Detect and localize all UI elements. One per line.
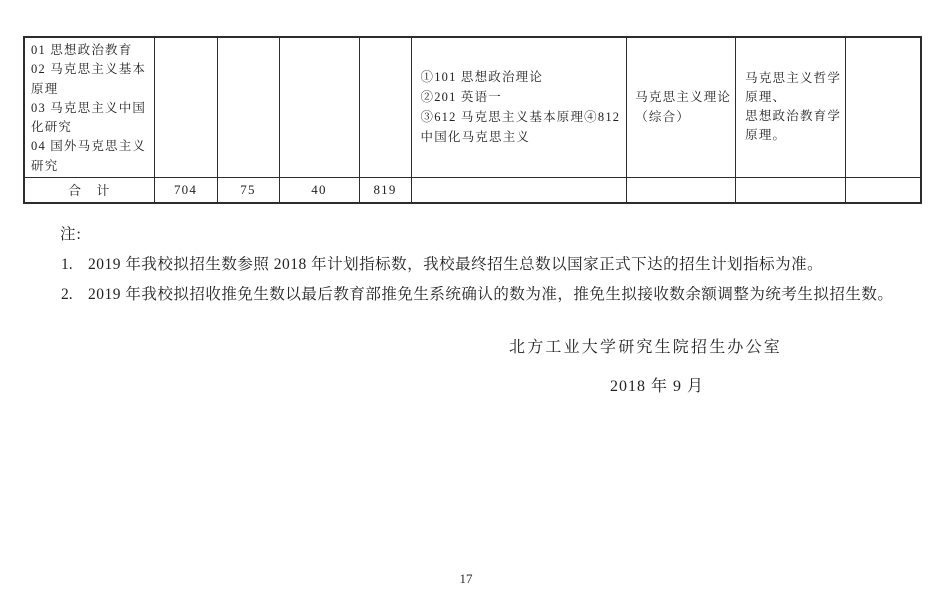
totals-empty-cell (846, 177, 921, 203)
program-line: 研究 (31, 157, 149, 176)
exam-subject-line: 中国化马克思主义 (421, 127, 621, 147)
program-line: 原理 (31, 80, 149, 99)
note-number: 1. (61, 256, 88, 274)
signature-date: 2018 年 9 月 (610, 373, 704, 396)
exam-subject-line: ③612 马克思主义基本原理④812 (421, 107, 621, 127)
additional-subjects-cell: 马克思主义哲学 原理、 思想政治教育学 原理。 (736, 37, 846, 177)
note-text: 2019 年我校拟招收推免生数以最后教育部推免生系统确认的数为准，推免生拟接收数… (88, 286, 893, 303)
page-number: 17 (0, 571, 932, 587)
totals-empty-cell (411, 177, 627, 203)
retest-subject-line: （综合） (635, 107, 731, 127)
totals-label-cell: 合 计 (24, 177, 154, 203)
retest-subject-line: 马克思主义理论 (635, 87, 731, 107)
document-page: 01 思想政治教育 02 马克思主义基本 原理 03 马克思主义中国 化研究 0… (0, 0, 932, 609)
additional-subject-line: 原理、 (745, 88, 841, 107)
remark-cell (846, 37, 921, 177)
exam-subject-line: ②201 英语一 (421, 87, 621, 107)
note-text: 2019 年我校拟招生数参照 2018 年计划指标数，我校最终招生总数以国家正式… (88, 256, 823, 273)
program-line: 04 国外马克思主义 (31, 137, 149, 156)
retest-subject-cell: 马克思主义理论 （综合） (627, 37, 736, 177)
empty-cell-4 (359, 37, 411, 177)
totals-row: 合 计 704 75 40 819 (24, 177, 921, 203)
totals-value-cell: 75 (217, 177, 279, 203)
additional-subject-line: 马克思主义哲学 (745, 69, 841, 88)
program-row: 01 思想政治教育 02 马克思主义基本 原理 03 马克思主义中国 化研究 0… (24, 37, 921, 177)
signature-office: 北方工业大学研究生院招生办公室 (509, 334, 782, 357)
program-line: 01 思想政治教育 (31, 41, 149, 60)
exam-subjects-cell: ①101 思想政治理论 ②201 英语一 ③612 马克思主义基本原理④812 … (411, 37, 627, 177)
programs-cell: 01 思想政治教育 02 马克思主义基本 原理 03 马克思主义中国 化研究 0… (24, 37, 154, 177)
additional-subject-line: 思想政治教育学 (745, 107, 841, 126)
admissions-table: 01 思想政治教育 02 马克思主义基本 原理 03 马克思主义中国 化研究 0… (23, 36, 922, 204)
totals-value-cell: 704 (154, 177, 217, 203)
program-line: 02 马克思主义基本 (31, 60, 149, 79)
additional-subject-line: 原理。 (745, 126, 841, 145)
empty-cell-2 (217, 37, 279, 177)
notes-heading: 注: (60, 222, 82, 244)
program-line: 03 马克思主义中国 (31, 99, 149, 118)
totals-value-cell: 40 (279, 177, 359, 203)
totals-empty-cell (627, 177, 736, 203)
empty-cell-3 (279, 37, 359, 177)
note-item: 1.2019 年我校拟招生数参照 2018 年计划指标数，我校最终招生总数以国家… (61, 252, 823, 274)
exam-subject-line: ①101 思想政治理论 (421, 67, 621, 87)
empty-cell-1 (154, 37, 217, 177)
totals-empty-cell (736, 177, 846, 203)
program-line: 化研究 (31, 118, 149, 137)
note-item: 2.2019 年我校拟招收推免生数以最后教育部推免生系统确认的数为准，推免生拟接… (61, 282, 893, 304)
note-number: 2. (61, 286, 88, 304)
totals-value-cell: 819 (359, 177, 411, 203)
